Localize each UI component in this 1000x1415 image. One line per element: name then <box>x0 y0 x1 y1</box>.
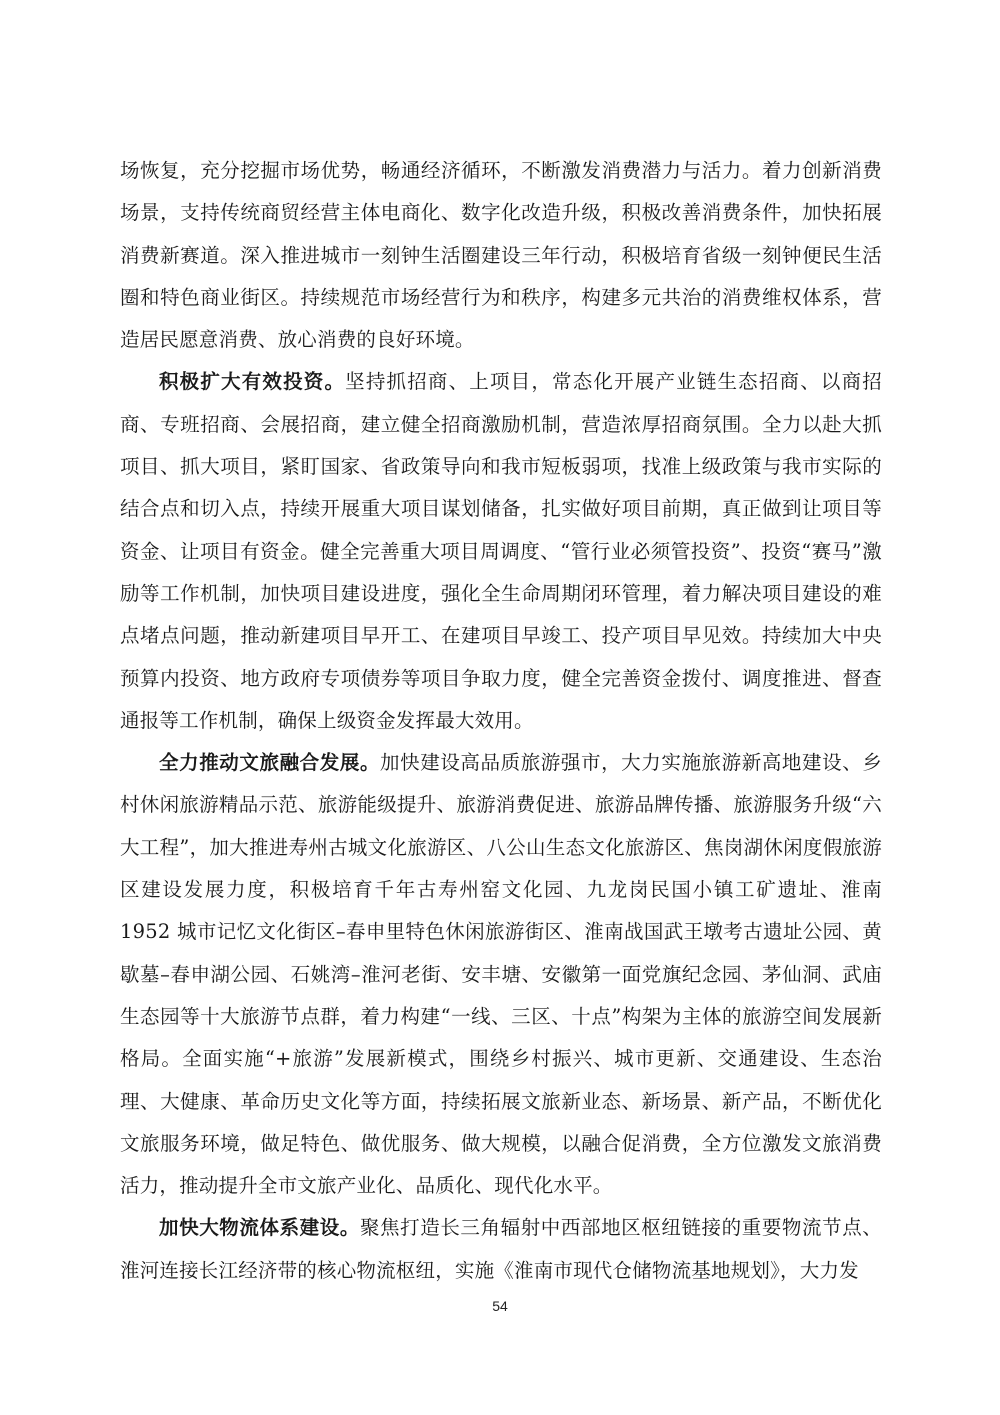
paragraph-body: 场恢复，充分挖掘市场优势，畅通经济循环，不断激发消费潜力与活力。着力创新消费场景… <box>120 159 882 351</box>
paragraph-heading: 积极扩大有效投资。 <box>159 370 345 393</box>
document-page: 场恢复，充分挖掘市场优势，畅通经济循环，不断激发消费潜力与活力。着力创新消费场景… <box>120 150 882 1292</box>
paragraph-heading: 加快大物流体系建设。 <box>159 1216 360 1239</box>
paragraph-consumption-continued: 场恢复，充分挖掘市场优势，畅通经济循环，不断激发消费潜力与活力。着力创新消费场景… <box>120 150 882 361</box>
page-number: 54 <box>0 1298 1000 1314</box>
paragraph-heading: 全力推动文旅融合发展。 <box>159 751 380 774</box>
paragraph-culture-tourism: 全力推动文旅融合发展。加快建设高品质旅游强市，大力实施旅游新高地建设、乡村休闲旅… <box>120 742 882 1207</box>
paragraph-body: 加快建设高品质旅游强市，大力实施旅游新高地建设、乡村休闲旅游精品示范、旅游能级提… <box>120 751 882 1197</box>
paragraph-body: 坚持抓招商、上项目，常态化开展产业链生态招商、以商招商、专班招商、会展招商，建立… <box>120 370 882 731</box>
paragraph-logistics: 加快大物流体系建设。聚焦打造长三角辐射中西部地区枢纽链接的重要物流节点、淮河连接… <box>120 1207 882 1292</box>
paragraph-investment: 积极扩大有效投资。坚持抓招商、上项目，常态化开展产业链生态招商、以商招商、专班招… <box>120 361 882 742</box>
